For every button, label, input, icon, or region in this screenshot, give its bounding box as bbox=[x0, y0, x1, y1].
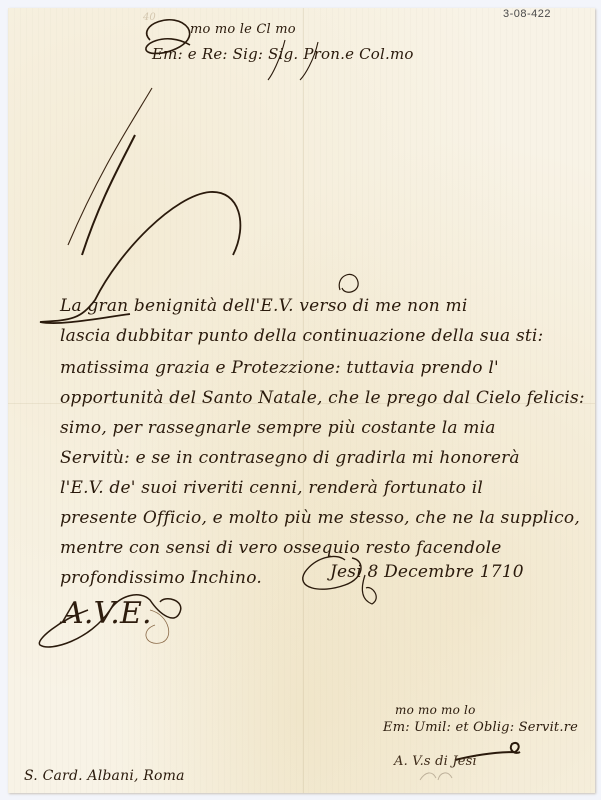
body-line-9: mentre con sensi di vero ossequio resto … bbox=[60, 538, 502, 558]
archive-number: 3-08-422 bbox=[503, 8, 551, 20]
body-line-1: La gran benignità dell'E.V. verso di me … bbox=[60, 296, 467, 316]
closing-line: Em: Umil: et Oblig: Servit.re bbox=[383, 720, 578, 735]
body-line-2: lascia dubbitar punto della continuazion… bbox=[60, 326, 543, 346]
body-line-7: l'E.V. de' suoi riveriti cenni, renderà … bbox=[60, 478, 483, 498]
signature: A. V.s di Jesi bbox=[394, 754, 477, 769]
body-line-10: profondissimo Inchino. bbox=[60, 568, 262, 588]
body-line-5: simo, per rassegnarle sempre più costant… bbox=[60, 418, 496, 438]
addressee: S. Card. Albani, Roma bbox=[24, 768, 185, 784]
dateline: Jesi 8 Decembre 1710 bbox=[330, 562, 524, 582]
body-line-4: opportunità del Santo Natale, che le pre… bbox=[60, 388, 585, 408]
closing-superscripts: mo mo mo lo bbox=[395, 703, 476, 717]
body-line-3: matissima grazia e Protezzione: tuttavia… bbox=[60, 358, 499, 378]
dateline-date: 8 Decembre 1710 bbox=[367, 562, 523, 582]
corner-mark: 40 bbox=[143, 12, 156, 23]
dateline-place: Jesi bbox=[330, 562, 362, 582]
signature-initials: A.V.E. bbox=[62, 596, 152, 631]
body-line-8: presente Officio, e molto più me stesso,… bbox=[60, 508, 580, 528]
salutation-line: Em: e Re: Sig: Sig. Pron.e Col.mo bbox=[152, 45, 414, 63]
salutation-superscripts: mo mo le Cl mo bbox=[190, 22, 296, 37]
body-line-6: Servitù: e se in contrasegno di gradirla… bbox=[60, 448, 520, 468]
